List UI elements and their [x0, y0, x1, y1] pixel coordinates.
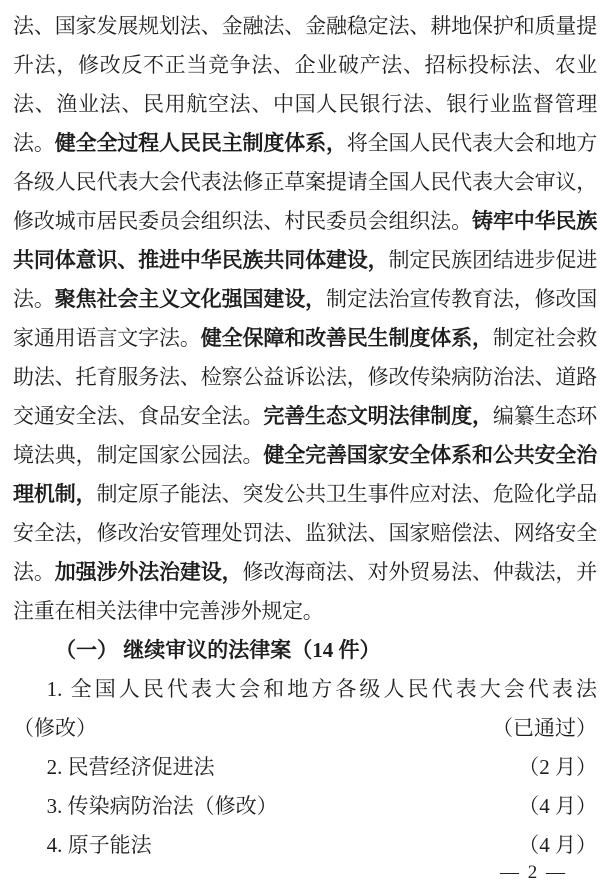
- law-item-status: （4 月）: [518, 826, 597, 865]
- law-item-suffix: （修改）: [13, 709, 97, 748]
- law-item-status: （2 月）: [518, 748, 597, 787]
- paragraph-bold-segment: 健全全过程人民民主制度体系，: [55, 131, 347, 155]
- law-item-status: （已通过）: [492, 709, 597, 748]
- law-item-row: 3. 传染病防治法（修改）（4 月）: [13, 787, 597, 826]
- paragraph-bold-segment: 健全保障和改善民生制度体系，: [201, 326, 493, 350]
- section-heading: （一） 继续审议的法律案（14 件）: [13, 631, 597, 670]
- document-page: 法、国家发展规划法、金融法、金融稳定法、耕地保护和质量提升法，修改反不正当竞争法…: [0, 0, 611, 889]
- law-item-title: 3. 传染病防治法（修改）: [13, 787, 278, 826]
- paragraph-bold-segment: 聚焦社会主义文化强国建设，: [55, 287, 326, 311]
- law-item-title: 4. 原子能法: [13, 826, 152, 865]
- continued-review-law-list: 1. 全国人民代表大会和地方各级人民代表大会代表法（修改）（已通过）2. 民营经…: [13, 670, 597, 865]
- law-item-status: （4 月）: [518, 787, 597, 826]
- paragraph-bold-segment: 加强涉外法治建设，: [55, 560, 243, 584]
- page-number: — 2 —: [500, 862, 567, 884]
- law-item-row: 4. 原子能法（4 月）: [13, 826, 597, 865]
- law-item-title: 2. 民营经济促进法: [13, 748, 215, 787]
- law-item-row: 2. 民营经济促进法（2 月）: [13, 748, 597, 787]
- legislation-plan-paragraph: 法、国家发展规划法、金融法、金融稳定法、耕地保护和质量提升法，修改反不正当竞争法…: [13, 7, 597, 631]
- law-item-title: 1. 全国人民代表大会和地方各级人民代表大会代表法: [13, 670, 597, 709]
- law-item-suffix-row: （修改）（已通过）: [13, 709, 597, 748]
- paragraph-bold-segment: 完善生态文明法律制度，: [263, 404, 493, 428]
